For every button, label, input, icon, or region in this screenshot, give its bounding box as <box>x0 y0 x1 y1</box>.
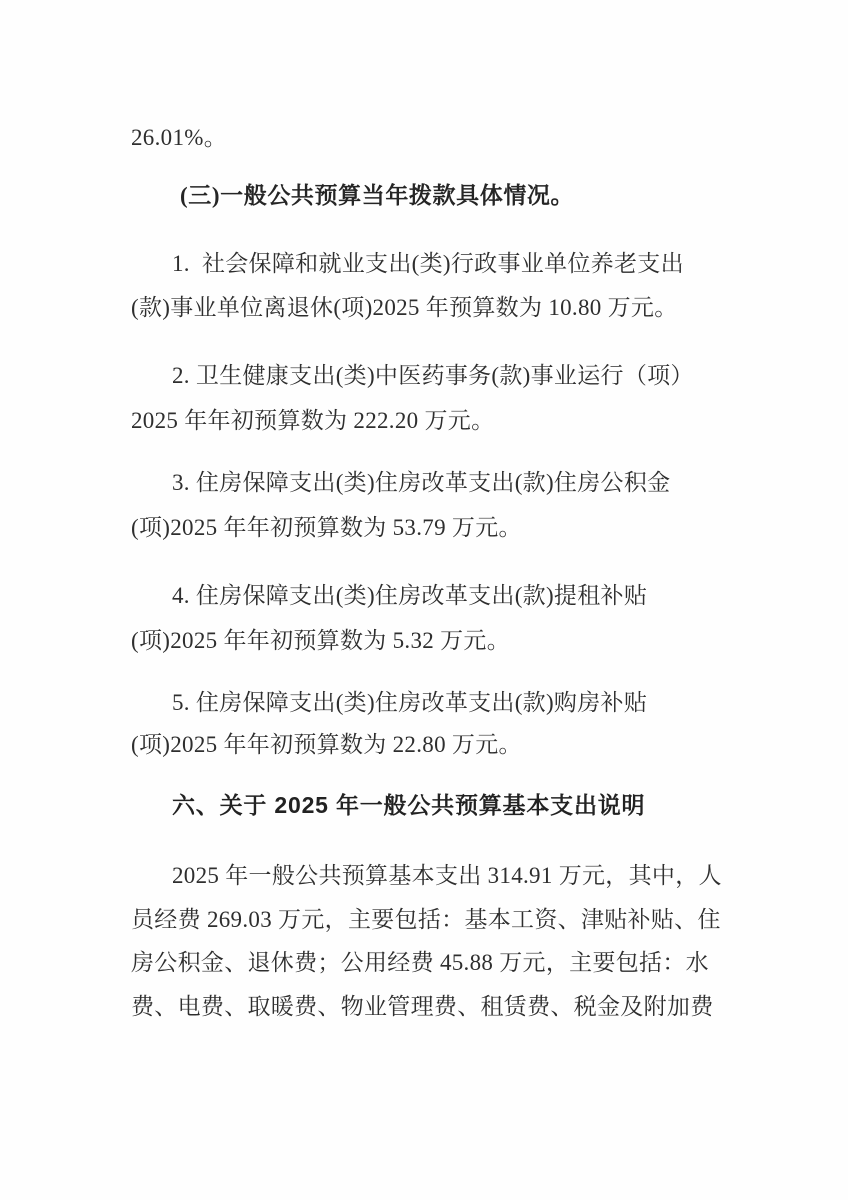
document-page: 26.01%。 (三)一般公共预算当年拨款具体情况。 1. 社会保障和就业支出(… <box>0 0 848 1200</box>
item-4-line-2: (项)2025 年年初预算数为 5.32 万元。 <box>131 627 510 656</box>
basic-expenditure-paragraph-line-2: 员经费 269.03 万元，主要包括：基本工资、津贴补贴、住 <box>131 906 721 935</box>
basic-expenditure-paragraph-line-3: 房公积金、退休费；公用经费 45.88 万元，主要包括：水 <box>131 949 709 978</box>
text-line-percentage: 26.01%。 <box>131 124 227 153</box>
item-5-line-2: (项)2025 年年初预算数为 22.80 万元。 <box>131 731 522 760</box>
basic-expenditure-paragraph-line-1: 2025 年一般公共预算基本支出 314.91 万元，其中，人 <box>172 862 722 891</box>
heading-section-3-allocation-details: (三)一般公共预算当年拨款具体情况。 <box>180 182 574 211</box>
item-3-line-2: (项)2025 年年初预算数为 53.79 万元。 <box>131 514 522 543</box>
item-2-line-2: 2025 年年初预算数为 222.20 万元。 <box>131 407 494 436</box>
item-4-line-1: 4. 住房保障支出(类)住房改革支出(款)提租补贴 <box>172 582 647 611</box>
item-3-line-1: 3. 住房保障支出(类)住房改革支出(款)住房公积金 <box>172 469 670 498</box>
item-5-line-1: 5. 住房保障支出(类)住房改革支出(款)购房补贴 <box>172 689 647 718</box>
item-2-line-1: 2. 卫生健康支出(类)中医药事务(款)事业运行（项） <box>172 362 694 391</box>
basic-expenditure-paragraph-line-4: 费、电费、取暖费、物业管理费、租赁费、税金及附加费 <box>131 993 714 1022</box>
item-1-line-2: (款)事业单位离退休(项)2025 年预算数为 10.80 万元。 <box>131 294 678 323</box>
item-1-line-1: 1. 社会保障和就业支出(类)行政事业单位养老支出 <box>172 250 684 279</box>
heading-section-6-basic-expenditure: 六、关于 2025 年一般公共预算基本支出说明 <box>172 791 645 820</box>
